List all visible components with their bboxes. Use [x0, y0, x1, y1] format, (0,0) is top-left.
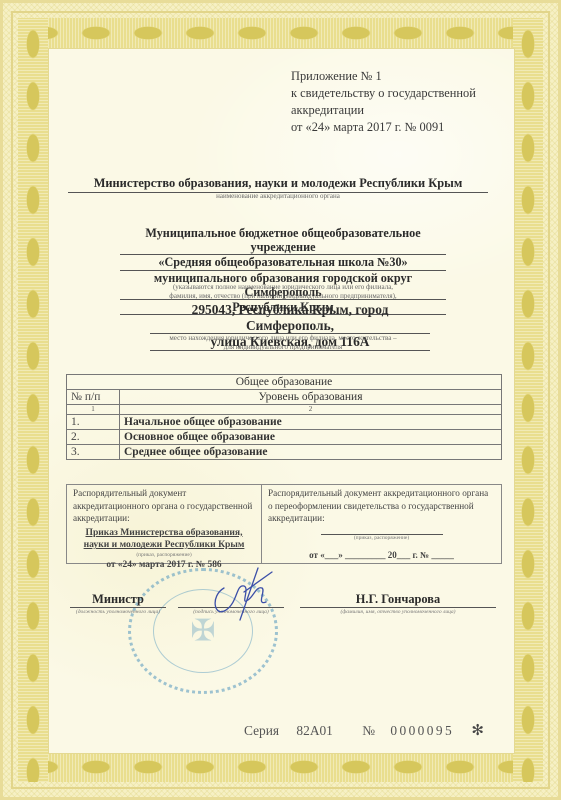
table-row: 1. Начальное общее образование: [67, 415, 502, 430]
header-number: № п/п: [67, 390, 120, 405]
number-value: 0000095: [390, 723, 454, 739]
row-number: 1.: [67, 415, 120, 430]
address-line: 295043, Республика Крым, город Симферопо…: [150, 302, 430, 334]
address-hint: место нахождения юридического лица или е…: [120, 334, 446, 352]
appendix-line: Приложение № 1: [291, 68, 476, 85]
row-level: Среднее общее образование: [120, 445, 502, 460]
accreditation-body-name: Министерство образования, науки и молоде…: [68, 176, 488, 193]
address-hint-line: для индивидуального предпринимателя: [120, 343, 446, 352]
table-title: Общее образование: [67, 375, 502, 390]
organization-name-line: Муниципальное бюджетное общеобразователь…: [120, 226, 446, 255]
series-label: Серия: [244, 723, 279, 739]
order-caption: Распорядительный документ аккредитационн…: [73, 487, 255, 525]
reissue-hint: (приказ, распоряжение): [268, 535, 495, 542]
signatory-position: Министр: [70, 592, 166, 608]
row-level: Начальное общее образование: [120, 415, 502, 430]
address-hint-line: место нахождения юридического лица или е…: [120, 334, 446, 343]
border-ornament-top: [18, 18, 543, 48]
education-levels-table: Общее образование № п/п Уровень образова…: [66, 374, 502, 460]
column-number: 2: [120, 405, 502, 415]
accreditation-body-hint: наименование аккредитационного органа: [68, 192, 488, 201]
series-value: 82А01: [296, 723, 332, 739]
order-title-line: Приказ Министерства образования,: [73, 527, 255, 540]
organization-hint-line: фамилия, имя, отчество (при наличии) инд…: [120, 292, 446, 301]
row-number: 2.: [67, 430, 120, 445]
table-title-row: Общее образование: [67, 375, 502, 390]
appendix-header: Приложение № 1 к свидетельству о государ…: [291, 68, 476, 136]
reissue-caption: Распорядительный документ аккредитационн…: [268, 487, 495, 525]
table-header-row: № п/п Уровень образования: [67, 390, 502, 405]
table-row: 2. Основное общее образование: [67, 430, 502, 445]
appendix-line: аккредитации: [291, 102, 476, 119]
handwritten-signature-icon: [196, 566, 276, 626]
reissue-order-box: Распорядительный документ аккредитационн…: [262, 484, 502, 564]
border-ornament-left: [18, 18, 48, 782]
signatory-position-hint: (должность уполномоченного лица): [70, 608, 166, 616]
appendix-line: от «24» марта 2017 г. № 0091: [291, 119, 476, 136]
header-level: Уровень образования: [120, 390, 502, 405]
row-number: 3.: [67, 445, 120, 460]
asterisk-mark-icon: ✻: [471, 721, 484, 740]
order-hint: (приказ, распоряжение): [73, 552, 255, 559]
appendix-line: к свидетельству о государственной: [291, 85, 476, 102]
organization-name-line: «Средняя общеобразовательная школа №30»: [120, 255, 446, 270]
signatory-name: Н.Г. Гончарова: [300, 592, 496, 608]
border-ornament-right: [513, 18, 543, 782]
number-label: №: [362, 723, 375, 739]
order-title: Приказ Министерства образования, науки и…: [73, 527, 255, 552]
organization-hint: (указываются полное наименование юридиче…: [120, 283, 446, 301]
certificate-serial: Серия 82А01 № 0000095 ✻: [244, 721, 484, 740]
signatory-name-hint: (фамилия, имя, отчество уполномоченного …: [300, 608, 496, 616]
order-title-line: науки и молодежи Республики Крым: [73, 539, 255, 552]
signatory-name-field: Н.Г. Гончарова (фамилия, имя, отчество у…: [300, 592, 496, 616]
table-column-numbers-row: 1 2: [67, 405, 502, 415]
signatory-position-field: Министр (должность уполномоченного лица): [70, 592, 166, 616]
reissue-date: от «___» _________ 20___ г. № _____: [268, 549, 495, 562]
column-number: 1: [67, 405, 120, 415]
organization-hint-line: (указываются полное наименование юридиче…: [120, 283, 446, 292]
table-row: 3. Среднее общее образование: [67, 445, 502, 460]
accreditation-order-box: Распорядительный документ аккредитационн…: [66, 484, 262, 564]
border-ornament-bottom: [18, 752, 543, 782]
row-level: Основное общее образование: [120, 430, 502, 445]
